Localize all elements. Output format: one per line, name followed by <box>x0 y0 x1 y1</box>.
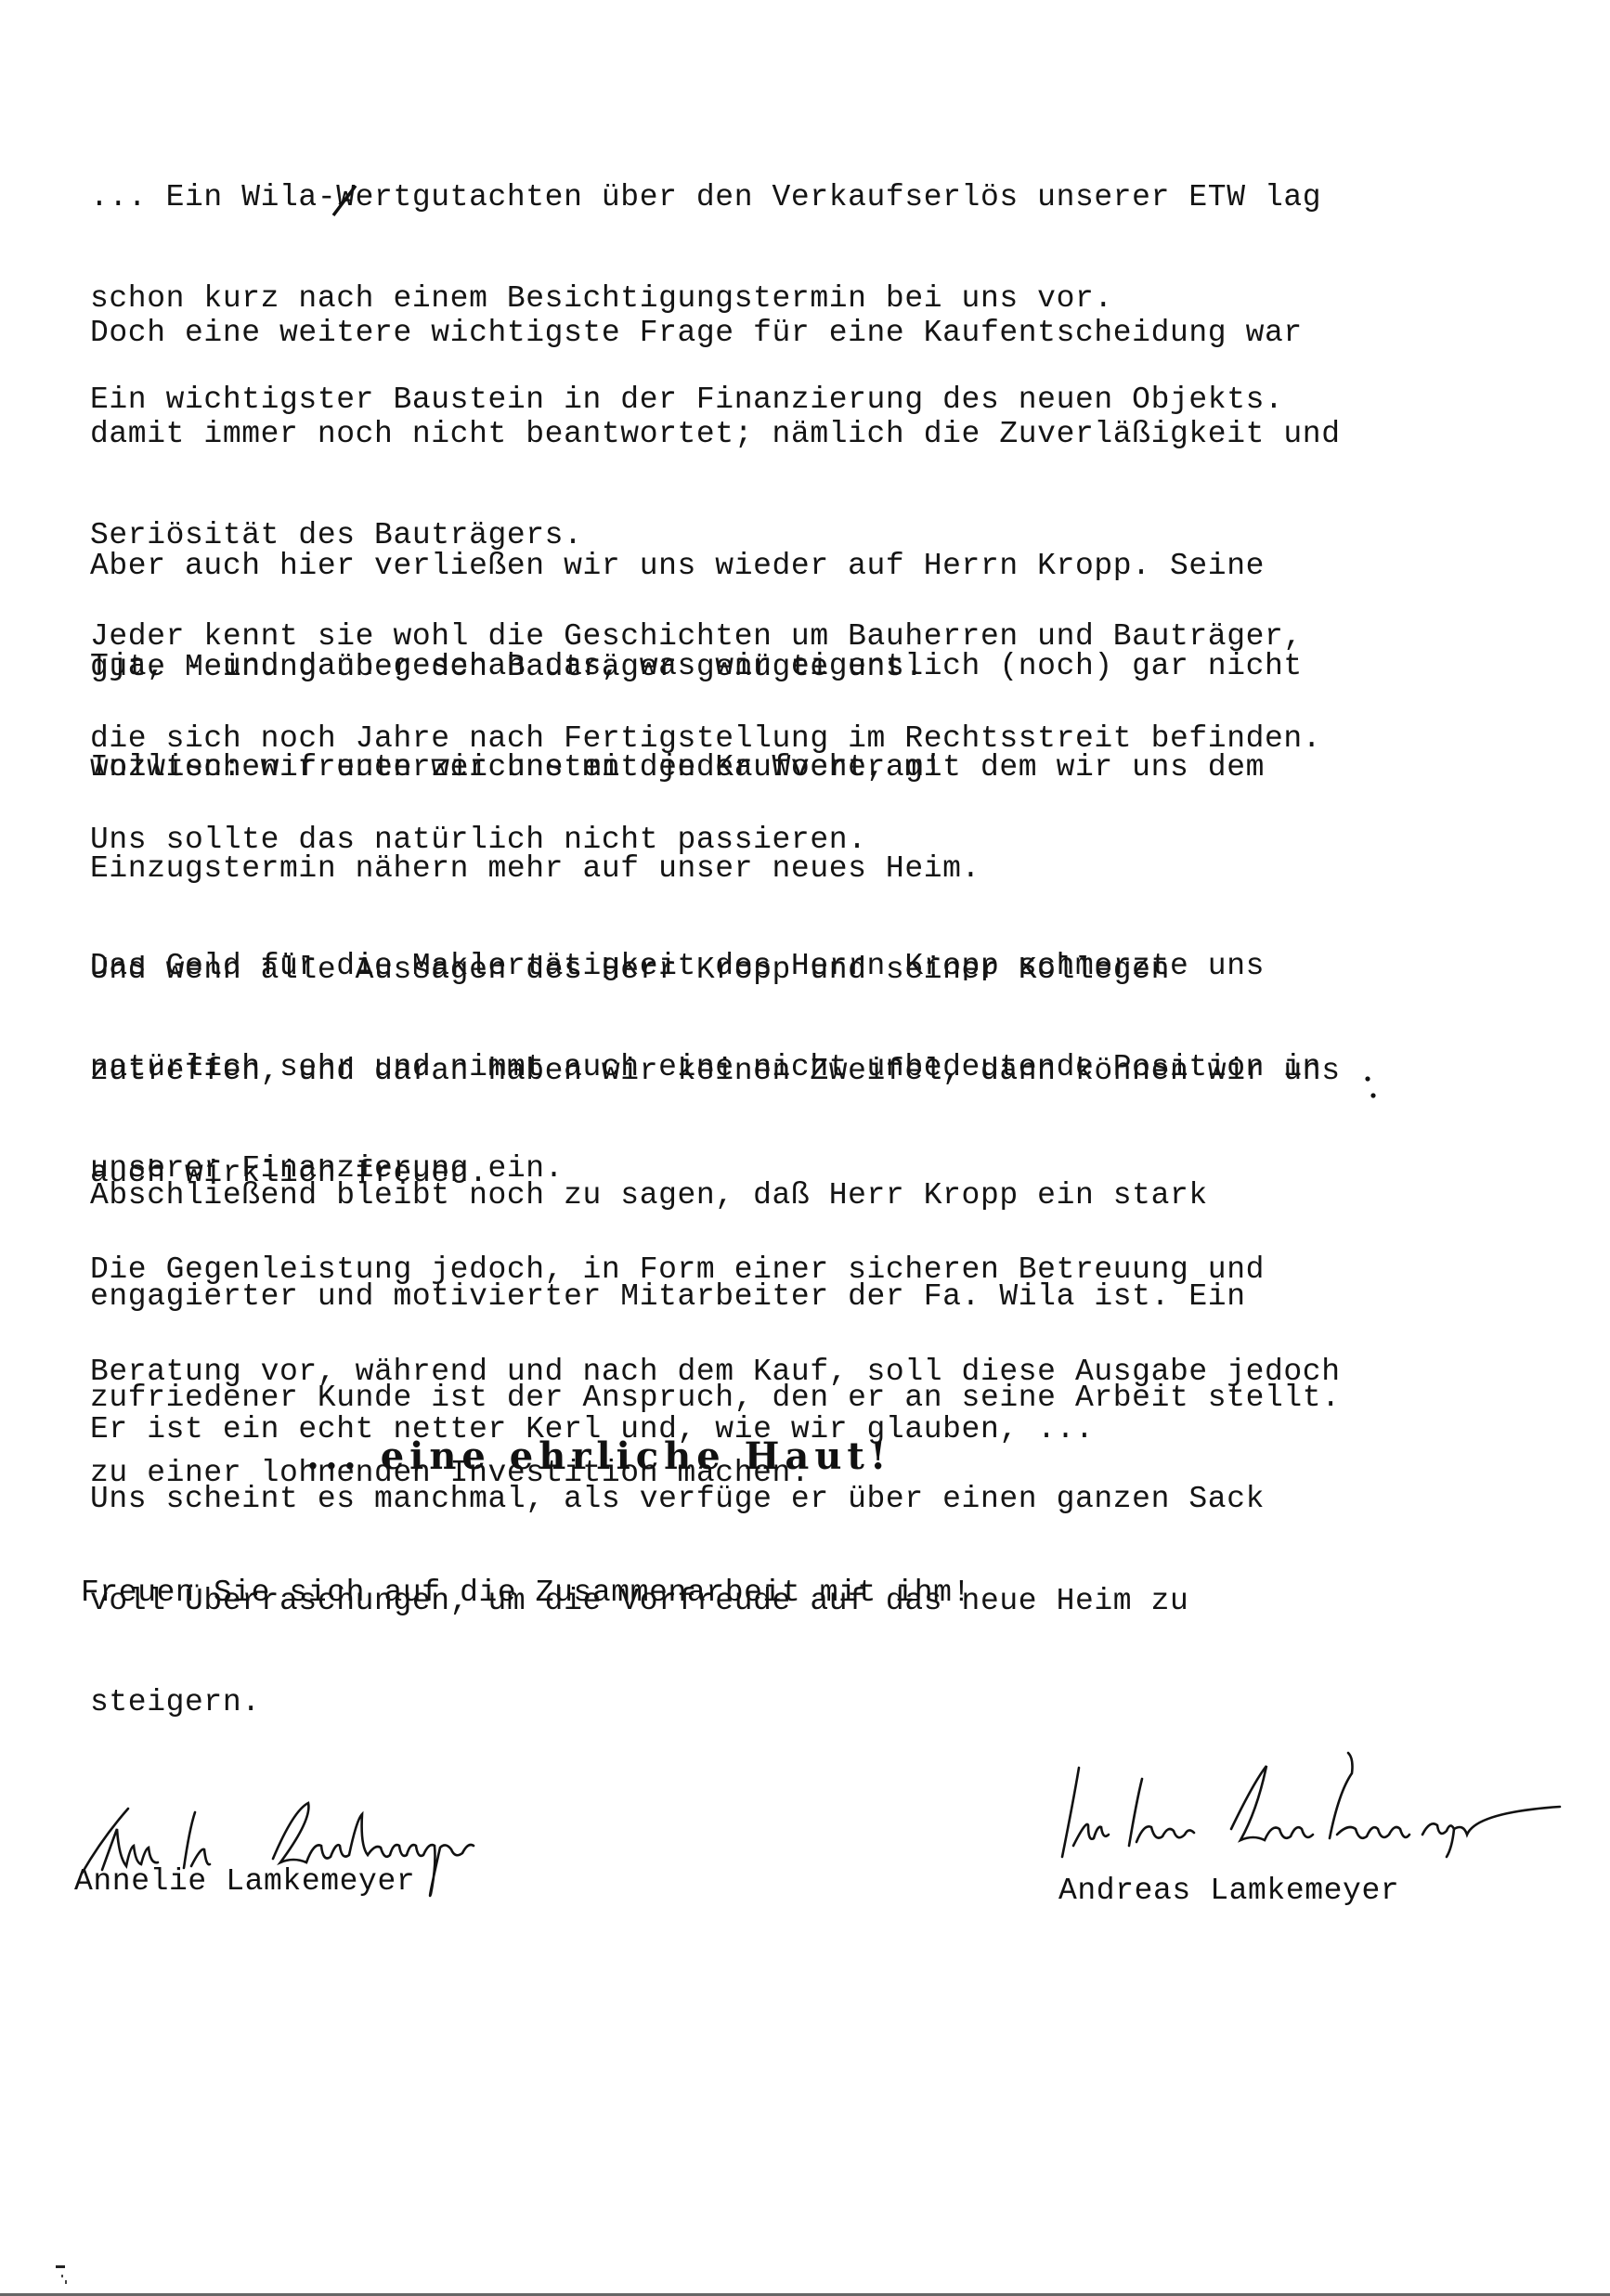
text-line: Das Geld für die Maklertätigkeit des Her… <box>90 950 1341 983</box>
text-line: natürlich sehr und nimmt auch eine nicht… <box>90 1051 1341 1084</box>
paragraph-8: Er ist ein echt netter Kerl und, wie wir… <box>90 1345 1094 1514</box>
text-line: Tja, - und dann geschah das, was wir eig… <box>90 650 1303 683</box>
text-line: ... Ein Wila-Wertgutachten über den Verk… <box>90 181 1321 214</box>
text-line: steigern. <box>90 1686 1341 1719</box>
scan-speck-marks <box>56 2262 84 2290</box>
text-line: engagierter und motivierter Mitarbeiter … <box>90 1280 1341 1314</box>
signatory-name-annelie: Annelie Lamkemeyer <box>74 1864 415 1899</box>
text-line: Aber auch hier verließen wir uns wieder … <box>90 550 1265 583</box>
stray-dots-mark <box>1360 1072 1383 1104</box>
handwritten-signature-andreas <box>1040 1745 1597 1875</box>
text-line: damit immer noch nicht beantwortet; näml… <box>90 418 1341 451</box>
signatory-name-andreas: Andreas Lamkemeyer <box>1058 1874 1399 1908</box>
text-line: Einzugstermin nähern mehr auf unser neue… <box>90 852 1341 886</box>
text-line: Inzwischen freuen wir uns mit jeder Woch… <box>90 751 1341 785</box>
closing-line: Freuen Sie sich auf die Zusammenarbeit m… <box>81 1576 971 1610</box>
text-line: Doch eine weitere wichtigste Frage für e… <box>90 317 1341 350</box>
letter-page: ... Ein Wila-Wertgutachten über den Verk… <box>0 0 1610 2296</box>
correction-strike-mark <box>330 182 361 219</box>
emphasis-line: ... eine ehrliche Haut! <box>306 1434 891 1478</box>
text-line: Abschließend bleibt noch zu sagen, daß H… <box>90 1179 1341 1213</box>
